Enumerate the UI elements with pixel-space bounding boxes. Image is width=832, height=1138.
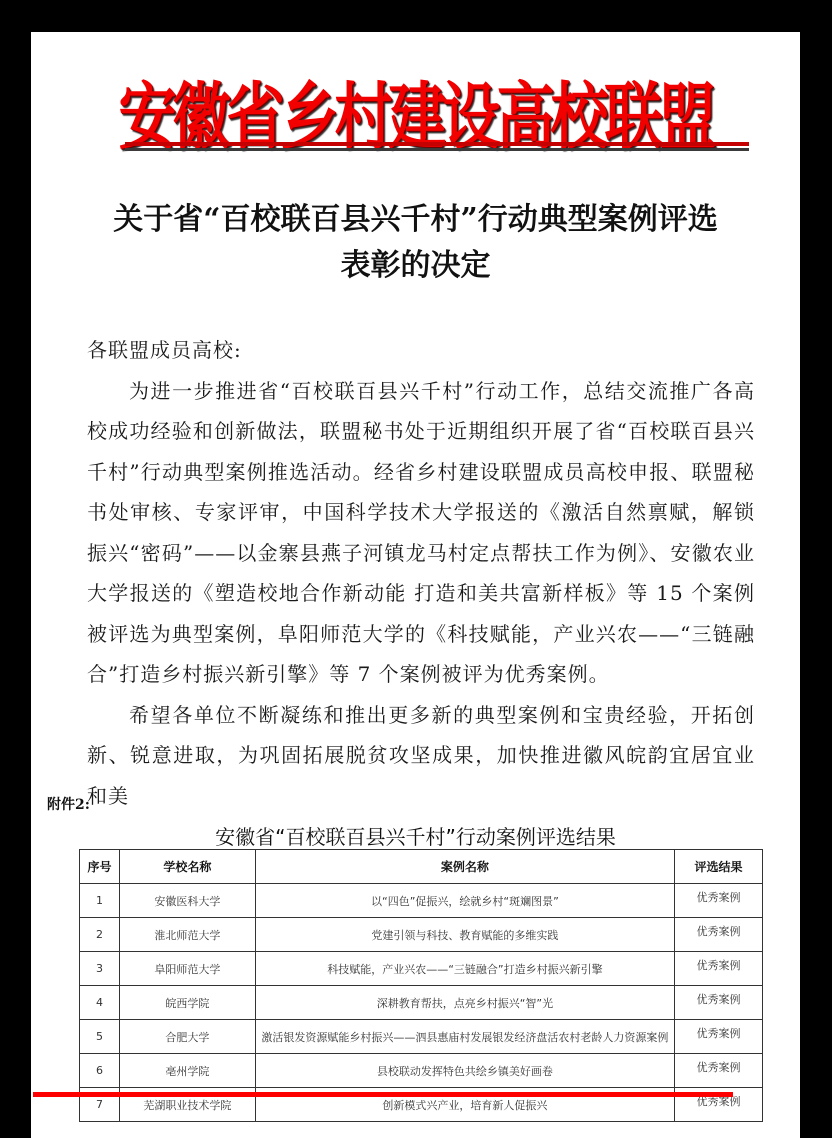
header-school: 学校名称	[119, 850, 255, 884]
cell-case: 激活银发资源赋能乡村振兴——泗县惠庙村发展银发经济盘活农村老龄人力资源案例	[255, 1020, 674, 1054]
cell-school: 亳州学院	[119, 1054, 255, 1088]
table-row: 3 阜阳师范大学 科技赋能，产业兴农——“三链融合”打造乡村振兴新引擎 优秀案例	[80, 952, 763, 986]
cell-case: 深耕教育帮扶，点亮乡村振兴“智”光	[255, 986, 674, 1020]
cell-school: 淮北师范大学	[119, 918, 255, 952]
body-paragraph-1: 为进一步推进省“百校联百县兴千村”行动工作，总结交流推广各高校成功经验和创新做法…	[87, 371, 755, 695]
table-header-row: 序号 学校名称 案例名称 评选结果	[80, 850, 763, 884]
annex-title: 安徽省“百校联百县兴千村”行动案例评选结果	[31, 821, 800, 850]
document-title-line1: 关于省“百校联百县兴千村”行动典型案例评选	[31, 197, 800, 243]
table-row: 5 合肥大学 激活银发资源赋能乡村振兴——泗县惠庙村发展银发经济盘活农村老龄人力…	[80, 1020, 763, 1054]
cell-index: 5	[80, 1020, 120, 1054]
footer-red-divider	[33, 1092, 733, 1097]
cell-index: 4	[80, 986, 120, 1020]
document-page: 安徽省乡村建设高校联盟 关于省“百校联百县兴千村”行动典型案例评选 表彰的决定 …	[31, 32, 800, 1138]
header-result: 评选结果	[675, 850, 763, 884]
annex-label: 附件2:	[47, 794, 90, 814]
masthead-divider	[125, 142, 749, 153]
cell-case: 党建引领与科技、教育赋能的多维实践	[255, 918, 674, 952]
cell-result: 优秀案例	[675, 952, 763, 986]
document-title-line2: 表彰的决定	[31, 243, 800, 289]
cell-index: 3	[80, 952, 120, 986]
masthead-divider-dark	[125, 148, 749, 151]
cell-result: 优秀案例	[675, 918, 763, 952]
cell-result: 优秀案例	[675, 1020, 763, 1054]
header-case: 案例名称	[255, 850, 674, 884]
results-table: 序号 学校名称 案例名称 评选结果 1 安徽医科大学 以“四色”促振兴，绘就乡村…	[79, 849, 763, 1122]
body-paragraph-2: 希望各单位不断凝练和推出更多新的典型案例和宝贵经验，开拓创新、锐意进取，为巩固拓…	[87, 695, 755, 817]
masthead-divider-red	[125, 142, 749, 146]
document-body: 各联盟成员高校: 为进一步推进省“百校联百县兴千村”行动工作，总结交流推广各高校…	[87, 330, 755, 816]
cell-index: 6	[80, 1054, 120, 1088]
cell-school: 合肥大学	[119, 1020, 255, 1054]
header-index: 序号	[80, 850, 120, 884]
cell-result: 优秀案例	[675, 884, 763, 918]
cell-case: 以“四色”促振兴，绘就乡村“斑斓图景”	[255, 884, 674, 918]
cell-school: 阜阳师范大学	[119, 952, 255, 986]
cell-index: 2	[80, 918, 120, 952]
cell-school: 安徽医科大学	[119, 884, 255, 918]
cell-school: 皖西学院	[119, 986, 255, 1020]
cell-case: 科技赋能，产业兴农——“三链融合”打造乡村振兴新引擎	[255, 952, 674, 986]
document-title: 关于省“百校联百县兴千村”行动典型案例评选 表彰的决定	[31, 197, 800, 289]
table-row: 4 皖西学院 深耕教育帮扶，点亮乡村振兴“智”光 优秀案例	[80, 986, 763, 1020]
cell-index: 1	[80, 884, 120, 918]
table-row: 1 安徽医科大学 以“四色”促振兴，绘就乡村“斑斓图景” 优秀案例	[80, 884, 763, 918]
salutation: 各联盟成员高校:	[87, 330, 755, 371]
table-row: 6 亳州学院 县校联动发挥特色共绘乡镇美好画卷 优秀案例	[80, 1054, 763, 1088]
cell-case: 县校联动发挥特色共绘乡镇美好画卷	[255, 1054, 674, 1088]
table-row: 2 淮北师范大学 党建引领与科技、教育赋能的多维实践 优秀案例	[80, 918, 763, 952]
cell-result: 优秀案例	[675, 986, 763, 1020]
cell-result: 优秀案例	[675, 1054, 763, 1088]
